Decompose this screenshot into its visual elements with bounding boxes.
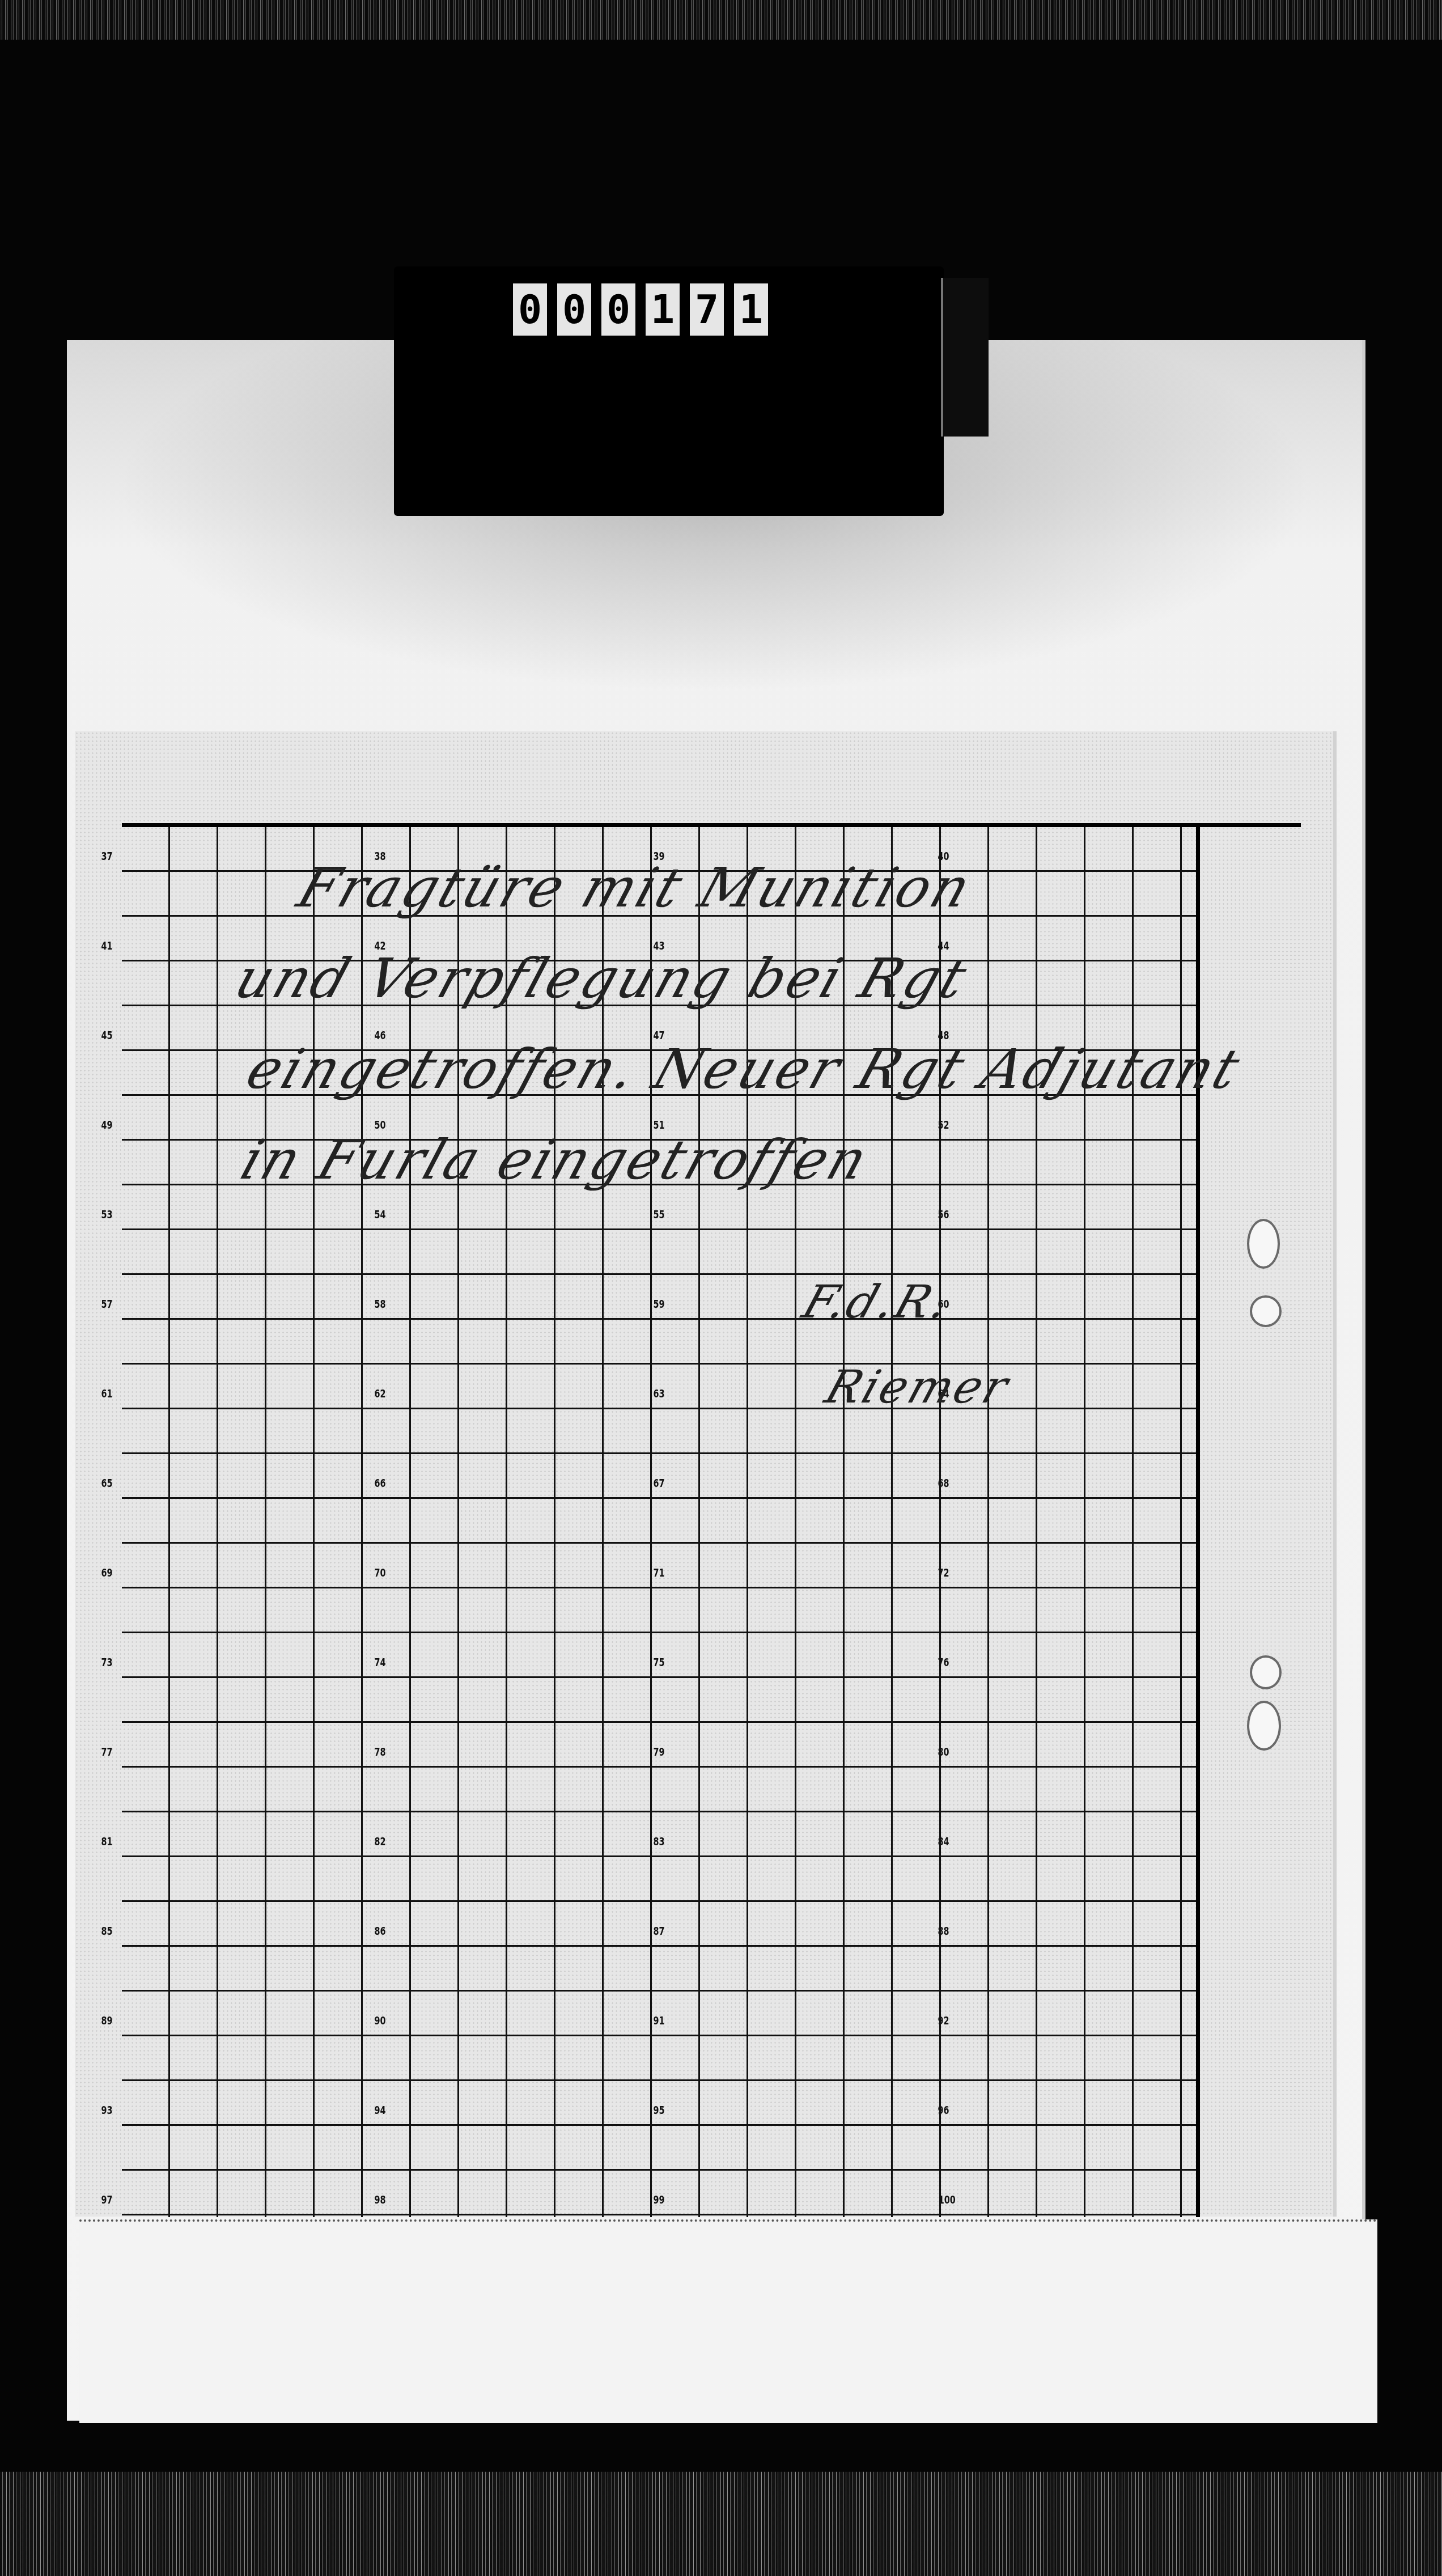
grid-label: 53 <box>101 1209 113 1220</box>
handwriting-line-1: Fragtüre mit Munition <box>290 856 981 920</box>
grid-label: 96 <box>938 2104 949 2116</box>
counter-digit: 1 <box>646 283 680 336</box>
film-edge-bottom <box>0 2472 1442 2576</box>
grid-label: 82 <box>375 1836 386 1847</box>
grid-label: 77 <box>101 1746 113 1757</box>
grid-label: 63 <box>654 1388 665 1399</box>
grid-label: 69 <box>101 1567 113 1578</box>
grid-label: 94 <box>375 2104 386 2116</box>
grid-label: 98 <box>375 2194 386 2205</box>
counter-digits: 0 0 0 1 7 1 <box>513 283 768 336</box>
grid-label: 55 <box>654 1209 665 1220</box>
grid-label: 80 <box>938 1746 949 1757</box>
signoff-initials: F.d.R. <box>796 1276 958 1328</box>
grid-top-rule <box>122 823 1301 827</box>
grid-label: 57 <box>101 1298 113 1310</box>
grid-label: 62 <box>375 1388 386 1399</box>
film-edge-top <box>0 0 1442 40</box>
grid-label: 90 <box>375 2015 386 2026</box>
counter-digit: 0 <box>601 283 635 336</box>
grid-label: 61 <box>101 1388 113 1399</box>
grid-label: 49 <box>101 1119 113 1130</box>
grid-label: 95 <box>654 2104 665 2116</box>
grid-label: 86 <box>375 1925 386 1937</box>
signature: Riemer <box>819 1361 1017 1413</box>
grid-label: 66 <box>375 1477 386 1489</box>
grid-label: 91 <box>654 2015 665 2026</box>
grid-label: 73 <box>101 1656 113 1668</box>
grid-label: 85 <box>101 1925 113 1937</box>
grid-label: 93 <box>101 2104 113 2116</box>
grid-label: 75 <box>654 1656 665 1668</box>
punch-hole <box>1250 1295 1282 1327</box>
grid-label: 87 <box>654 1925 665 1937</box>
grid-label: 52 <box>938 1119 949 1130</box>
grid-label: 59 <box>654 1298 665 1310</box>
grid-label: 97 <box>101 2194 113 2205</box>
punch-hole <box>1247 1219 1280 1269</box>
grid-label: 72 <box>938 1567 949 1578</box>
grid-label: 83 <box>654 1836 665 1847</box>
handwriting-line-3: eingetroffen. Neuer Rgt Adjutant <box>239 1037 1249 1101</box>
punch-hole <box>1250 1655 1282 1689</box>
grid-label: 84 <box>938 1836 949 1847</box>
grid-label: 56 <box>938 1209 949 1220</box>
counter-digit: 1 <box>734 283 768 336</box>
grid-label: 65 <box>101 1477 113 1489</box>
grid-label: 76 <box>938 1656 949 1668</box>
counter-digit: 7 <box>690 283 724 336</box>
grid-label: 37 <box>101 850 113 862</box>
grid-label: 99 <box>654 2194 665 2205</box>
grid-label: 41 <box>101 940 113 951</box>
grid-label: 88 <box>938 1925 949 1937</box>
counter-digit: 0 <box>557 283 591 336</box>
grid-label: 78 <box>375 1746 386 1757</box>
counter-digit: 0 <box>513 283 547 336</box>
handwriting-line-4: in Furla eingetroffen <box>234 1128 877 1192</box>
form-bottom-margin <box>79 2219 1377 2423</box>
grid-label: 67 <box>654 1477 665 1489</box>
grid-label: 70 <box>375 1567 386 1578</box>
grid-label: 54 <box>375 1209 386 1220</box>
grid-label: 100 <box>939 2194 956 2205</box>
grid-label: 68 <box>938 1477 949 1489</box>
punch-hole <box>1247 1701 1281 1751</box>
grid-label: 92 <box>938 2015 949 2026</box>
grid-label: 79 <box>654 1746 665 1757</box>
grid-label: 58 <box>375 1298 386 1310</box>
frame-counter: 0 0 0 1 7 1 <box>394 266 944 516</box>
counter-clip <box>941 278 989 437</box>
handwriting-line-2: und Verpflegung bei Rgt <box>228 947 977 1010</box>
grid-label: 71 <box>654 1567 665 1578</box>
grid-label: 89 <box>101 2015 113 2026</box>
grid-label: 81 <box>101 1836 113 1847</box>
grid-label: 74 <box>375 1656 386 1668</box>
grid-label: 45 <box>101 1029 113 1041</box>
